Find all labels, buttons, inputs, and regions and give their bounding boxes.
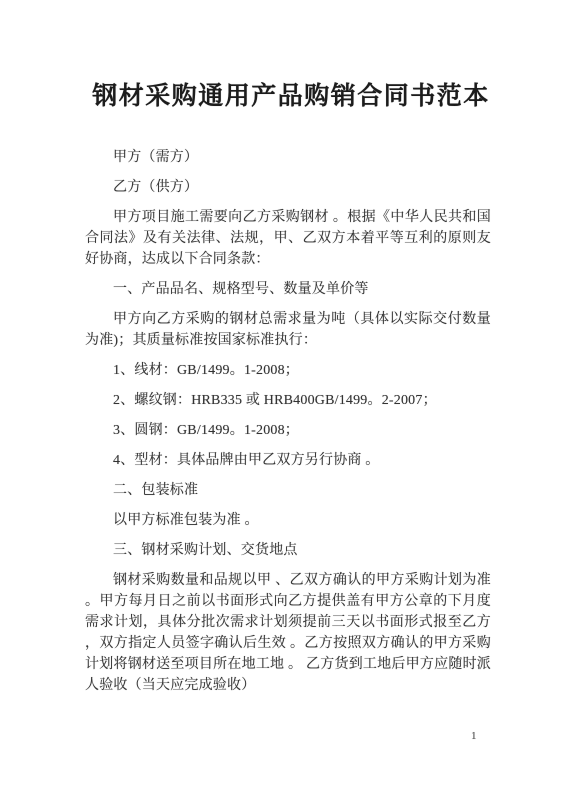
body-paragraph: 以甲方标准包装为准 。 (85, 510, 491, 531)
party-a-line: 甲方（需方） (85, 147, 491, 168)
body-paragraph: 甲方向乙方采购的钢材总需求量为吨（具体以实际交付数量为准)；其质量标准按国家标准… (85, 309, 491, 351)
page-number: 1 (471, 729, 477, 743)
list-item: 3、圆钢：GB/1499。1-2008； (85, 420, 491, 441)
intro-paragraph: 甲方项目施工需要向乙方采购钢材 。根据《中华人民共和国合同法》及有关法律、法规，… (85, 207, 491, 270)
list-item: 4、型材：具体品牌由甲乙双方另行协商 。 (85, 450, 491, 471)
document-body: 甲方（需方） 乙方（供方） 甲方项目施工需要向乙方采购钢材 。根据《中华人民共和… (85, 147, 491, 705)
document-title: 钢材采购通用产品购销合同书范本 (8, 76, 566, 112)
party-b-line: 乙方（供方） (85, 177, 491, 198)
list-item: 1、线材：GB/1499。1-2008； (85, 360, 491, 381)
section-heading-2: 二、包装标准 (85, 480, 491, 501)
section-heading-3: 三、钢材采购计划、交货地点 (85, 540, 491, 561)
document-page: 钢材采购通用产品购销合同书范本 甲方（需方） 乙方（供方） 甲方项目施工需要向乙… (0, 0, 566, 800)
list-item: 2、螺纹钢：HRB335 或 HRB400GB/1499。2-2007； (85, 390, 491, 411)
body-paragraph: 钢材采购数量和品规以甲 、乙双方确认的甲方采购计划为准 。甲方每月日之前以书面形… (85, 570, 491, 696)
section-heading-1: 一、产品品名、规格型号、数量及单价等 (85, 279, 491, 300)
